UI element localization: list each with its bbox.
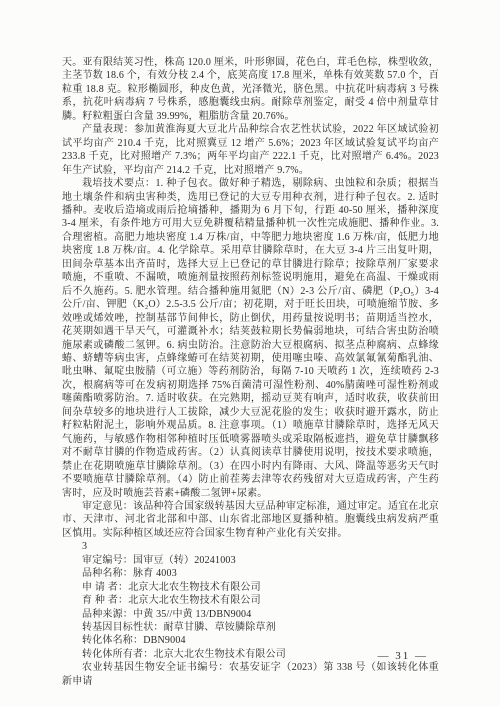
field-variety-source: 品种来源：中黄 35//中黄 13/DBN9004 [62, 608, 439, 621]
paragraph-trait-continuation: 天。亚有限结荚习性，株高 120.0 厘米，叶形卵圆，花色白，茸毛色棕，株型收敛… [62, 56, 439, 123]
section-number: 3 [62, 540, 439, 553]
paragraph-yield-performance: 产量表现：参加黄淮海夏大豆北片品种综合农艺性状试验，2022 年区域试验初试平均… [62, 123, 439, 177]
field-applicant: 申 请 者：北京大北农生物技术有限公司 [62, 581, 439, 594]
field-variety-name: 品种名称：脉育 4003 [62, 567, 439, 580]
page-number: — 31 — [378, 650, 429, 662]
field-event-name: 转化体名称：DBN9004 [62, 634, 439, 647]
field-gm-target-trait: 转基因目标性状：耐草甘膦、草铵膦除草剂 [62, 621, 439, 634]
paragraph-approval-opinion: 审定意见：该品种符合国家级转基因大豆品种审定标准，通过审定。适宜在北京市、天津市… [62, 500, 439, 540]
field-biosafety-certificate: 农业转基因生物安全证书编号：农基安证字（2023）第 338 号（如该转化体重新… [62, 661, 439, 688]
page-body: 天。亚有限结荚习性，株高 120.0 厘米，叶形卵圆，花色白，茸毛色棕，株型收敛… [62, 56, 439, 688]
paragraph-cultivation-techniques: 栽培技术要点：1. 种子包衣。做好种子精选，剔除病、虫蚀粒和杂质；根据当地土壤条… [62, 177, 439, 500]
field-breeder: 育 种 者：北京大北农生物技术有限公司 [62, 594, 439, 607]
document-page: 天。亚有限结荚习性，株高 120.0 厘米，叶形卵圆，花色白，茸毛色棕，株型收敛… [0, 0, 500, 706]
field-approval-number: 审定编号：国审豆（转）20241003 [62, 554, 439, 567]
